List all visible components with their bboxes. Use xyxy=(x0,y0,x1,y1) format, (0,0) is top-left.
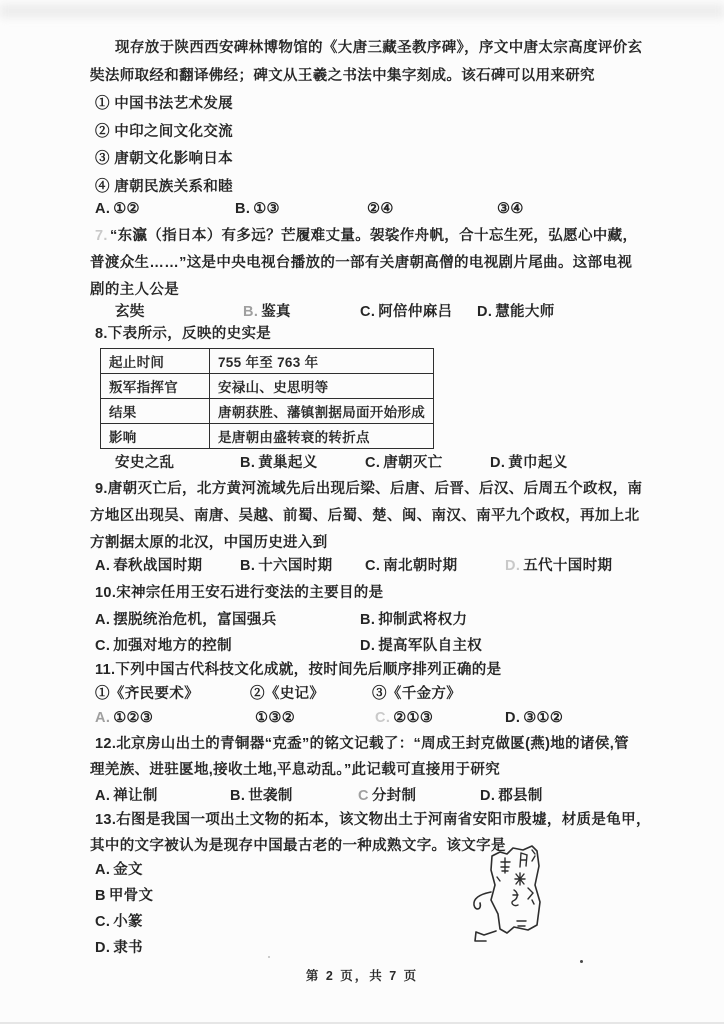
q7-stem-line2: 普渡众生……”这是中央电视台播放的一部有关唐朝高僧的电视剧片尾曲。这部电视 xyxy=(90,253,632,273)
q9-option-b-label: B. xyxy=(240,558,255,574)
q7-option-c-text: 阿倍仲麻吕 xyxy=(378,304,452,320)
table-cell-key: 影响 xyxy=(101,424,210,449)
q13-option-d-label: D. xyxy=(95,940,110,956)
q9-stem-line3: 方割据太原的北汉，中国历史进入到 xyxy=(90,533,328,553)
q6-option-a-text: ①② xyxy=(113,201,140,217)
q9-option-d-label: D. xyxy=(505,558,520,574)
scan-speck xyxy=(580,960,583,963)
q7-option-a: 玄奘 xyxy=(115,302,145,322)
q7-option-a-text: 玄奘 xyxy=(115,304,145,320)
q12-option-a-text: 禅让制 xyxy=(113,788,158,804)
q6-stem-line1: 现存放于陕西西安碑林博物馆的《大唐三藏圣教序碑》，序文中唐太宗高度评价玄 xyxy=(115,38,642,58)
q12-option-d: D.郡县制 xyxy=(480,786,543,806)
q13-stem-line1: 13.右图是我国一项出土文物的拓本，该文物出土于河南省安阳市殷墟，材质是龟甲， xyxy=(95,810,651,830)
q12-stem-line2: 理羌族、进驻匽地,接收土地,平息动乱。”此记载可直接用于研究 xyxy=(90,760,500,780)
q12-option-b-text: 世袭制 xyxy=(248,788,293,804)
scan-artifact-band xyxy=(0,4,724,18)
q11-option-c-text: ②①③ xyxy=(393,710,433,726)
q6-option-d-text: ③④ xyxy=(497,201,524,217)
q10-stem: 10.宋神宗任用王安石进行变法的主要目的是 xyxy=(95,583,384,603)
q8-stem: 8.下表所示，反映的史实是 xyxy=(95,324,271,344)
q8-option-c-text: 唐朝灭亡 xyxy=(383,455,442,471)
q6-option-a-label: A. xyxy=(95,201,110,217)
q8-option-c: C.唐朝灭亡 xyxy=(365,453,443,473)
q11-item-3: ③《千金方》 xyxy=(372,684,461,704)
q6-option-d: ③④ xyxy=(497,199,524,219)
q10-option-d-text: 提高军队自主权 xyxy=(378,638,482,654)
scan-speck xyxy=(268,956,270,958)
q10-option-d-label: D. xyxy=(360,638,375,654)
q6-item-3: ③ 唐朝文化影响日本 xyxy=(95,149,233,169)
q13-option-a-label: A. xyxy=(95,862,110,878)
q13-option-b: B甲骨文 xyxy=(95,886,153,906)
table-cell-key: 起止时间 xyxy=(101,349,210,374)
q8-option-d-label: D. xyxy=(490,455,505,471)
q12-option-b: B.世袭制 xyxy=(230,786,293,806)
q12-option-b-label: B. xyxy=(230,788,245,804)
q6-item-1: ① 中国书法艺术发展 xyxy=(95,94,233,114)
table-cell-value: 是唐朝由盛转衰的转折点 xyxy=(210,424,434,449)
table-cell-value: 安禄山、史思明等 xyxy=(210,374,434,399)
q9-option-a-text: 春秋战国时期 xyxy=(113,558,202,574)
q13-option-c-label: C. xyxy=(95,914,110,930)
q11-option-a-label: A. xyxy=(95,710,110,726)
q7-option-b-text: 鉴真 xyxy=(261,304,291,320)
q11-option-d: D.③①② xyxy=(505,708,563,728)
table-cell-value: 唐朝获胜、藩镇割据局面开始形成 xyxy=(210,399,434,424)
q9-option-c: C.南北朝时期 xyxy=(365,556,457,576)
q10-option-b-text: 抑制武将权力 xyxy=(378,612,467,628)
table-cell-key: 结果 xyxy=(101,399,210,424)
table-row: 影响 是唐朝由盛转衰的转折点 xyxy=(101,424,434,449)
q12-option-c: C分封制 xyxy=(358,786,416,806)
q13-option-a: A.金文 xyxy=(95,860,143,880)
q10-option-b: B.抑制武将权力 xyxy=(360,610,467,630)
q8-option-d-text: 黄巾起义 xyxy=(508,455,567,471)
q11-stem: 11.下列中国古代科技文化成就，按时间先后顺序排列正确的是 xyxy=(95,660,502,680)
q9-option-a: A.春秋战国时期 xyxy=(95,556,202,576)
q13-option-b-text: 甲骨文 xyxy=(109,888,154,904)
q11-option-c-label: C. xyxy=(375,710,390,726)
q11-item-1: ①《齐民要术》 xyxy=(95,684,199,704)
q6-option-b-text: ①③ xyxy=(253,201,280,217)
q10-option-c-label: C. xyxy=(95,638,110,654)
q7-option-c-label: C. xyxy=(360,304,375,320)
q8-option-b-text: 黄巢起义 xyxy=(258,455,317,471)
q7-stem-line3: 剧的主人公是 xyxy=(90,280,179,300)
q10-option-a: A.摆脱统治危机，富国强兵 xyxy=(95,610,277,630)
q9-stem-line1: 9.唐朝灭亡后，北方黄河流域先后出现后梁、后唐、后晋、后汉、后周五个政权，南 xyxy=(95,479,642,499)
q10-option-a-label: A. xyxy=(95,612,110,628)
q6-option-b: B.①③ xyxy=(235,199,280,219)
q7-option-b: B.鉴真 xyxy=(243,302,291,322)
q12-stem-line1: 12.北京房山出土的青铜器“克盉”的铭文记载了：“周成王封克做匽(燕)地的诸侯,… xyxy=(95,734,629,754)
q6-item-4: ④ 唐朝民族关系和睦 xyxy=(95,177,233,197)
q7-option-d-label: D. xyxy=(477,304,492,320)
q6-option-c: ②④ xyxy=(367,199,394,219)
q7-number: 7. xyxy=(95,226,108,246)
q8-option-b: B.黄巢起义 xyxy=(240,453,318,473)
q9-option-a-label: A. xyxy=(95,558,110,574)
q11-option-b-text: ①③② xyxy=(255,710,295,726)
q12-option-a-label: A. xyxy=(95,788,110,804)
q7-option-c: C.阿倍仲麻吕 xyxy=(360,302,452,322)
q6-item-2: ② 中印之间文化交流 xyxy=(95,122,233,142)
oracle-bone-figure xyxy=(462,840,554,942)
q12-option-c-text: 分封制 xyxy=(372,788,417,804)
q11-item-2: ②《史记》 xyxy=(250,684,324,704)
q9-option-c-label: C. xyxy=(365,558,380,574)
q11-option-d-text: ③①② xyxy=(523,710,563,726)
q10-option-a-text: 摆脱统治危机，富国强兵 xyxy=(113,612,276,628)
q8-option-a: 安史之乱 xyxy=(115,453,174,473)
q11-option-b: ①③② xyxy=(255,708,295,728)
q8-option-c-label: C. xyxy=(365,455,380,471)
q11-option-c: C.②①③ xyxy=(375,708,433,728)
table-row: 结果 唐朝获胜、藩镇割据局面开始形成 xyxy=(101,399,434,424)
q9-option-d: D.五代十国时期 xyxy=(505,556,612,576)
q11-option-a: A.①②③ xyxy=(95,708,153,728)
q7-stem-line1: “东瀛（指日本）有多远？芒履难丈量。袈裟作舟帆，合十忘生死，弘愿心中藏， xyxy=(110,226,637,246)
q11-option-d-label: D. xyxy=(505,710,520,726)
q13-option-c-text: 小篆 xyxy=(113,914,143,930)
q7-option-d-text: 慧能大师 xyxy=(495,304,554,320)
q12-option-c-label: C xyxy=(358,788,369,804)
q10-option-c: C.加强对地方的控制 xyxy=(95,636,232,656)
q6-option-b-label: B. xyxy=(235,201,250,217)
q9-option-d-text: 五代十国时期 xyxy=(523,558,612,574)
q8-option-d: D.黄巾起义 xyxy=(490,453,568,473)
table-cell-key: 叛军指挥官 xyxy=(101,374,210,399)
q10-option-b-label: B. xyxy=(360,612,375,628)
q13-option-c: C.小篆 xyxy=(95,912,143,932)
q10-option-d: D.提高军队自主权 xyxy=(360,636,482,656)
q13-option-b-label: B xyxy=(95,888,106,904)
q6-stem-line2: 奘法师取经和翻译佛经；碑文从王羲之书法中集字刻成。该石碑可以用来研究 xyxy=(90,66,595,86)
q13-option-d-text: 隶书 xyxy=(113,940,143,956)
q8-table: 起止时间 755 年至 763 年 叛军指挥官 安禄山、史思明等 结果 唐朝获胜… xyxy=(100,348,434,449)
q9-option-b: B.十六国时期 xyxy=(240,556,332,576)
q8-option-b-label: B. xyxy=(240,455,255,471)
q13-option-d: D.隶书 xyxy=(95,938,143,958)
q7-option-d: D.慧能大师 xyxy=(477,302,555,322)
q9-option-c-text: 南北朝时期 xyxy=(383,558,457,574)
q10-option-c-text: 加强对地方的控制 xyxy=(113,638,232,654)
exam-page: 现存放于陕西西安碑林博物馆的《大唐三藏圣教序碑》，序文中唐太宗高度评价玄 奘法师… xyxy=(0,0,724,1024)
q8-option-a-text: 安史之乱 xyxy=(115,455,174,471)
q6-option-c-text: ②④ xyxy=(367,201,394,217)
q9-stem-line2: 方地区出现吴、南唐、吴越、前蜀、后蜀、楚、闽、南汉、南平九个政权，再加上北 xyxy=(90,506,639,526)
q12-option-d-text: 郡县制 xyxy=(498,788,543,804)
q7-option-b-label: B. xyxy=(243,304,258,320)
q12-option-d-label: D. xyxy=(480,788,495,804)
page-footer: 第 2 页，共 7 页 xyxy=(0,966,724,984)
table-row: 叛军指挥官 安禄山、史思明等 xyxy=(101,374,434,399)
q12-option-a: A.禅让制 xyxy=(95,786,158,806)
table-row: 起止时间 755 年至 763 年 xyxy=(101,349,434,374)
table-cell-value: 755 年至 763 年 xyxy=(210,349,434,374)
q6-option-a: A.①② xyxy=(95,199,140,219)
q9-option-b-text: 十六国时期 xyxy=(258,558,332,574)
q13-stem-line2: 其中的文字被认为是现存中国最古老的一种成熟文字。该文字是 xyxy=(90,836,506,856)
q13-option-a-text: 金文 xyxy=(113,862,143,878)
q11-option-a-text: ①②③ xyxy=(113,710,153,726)
